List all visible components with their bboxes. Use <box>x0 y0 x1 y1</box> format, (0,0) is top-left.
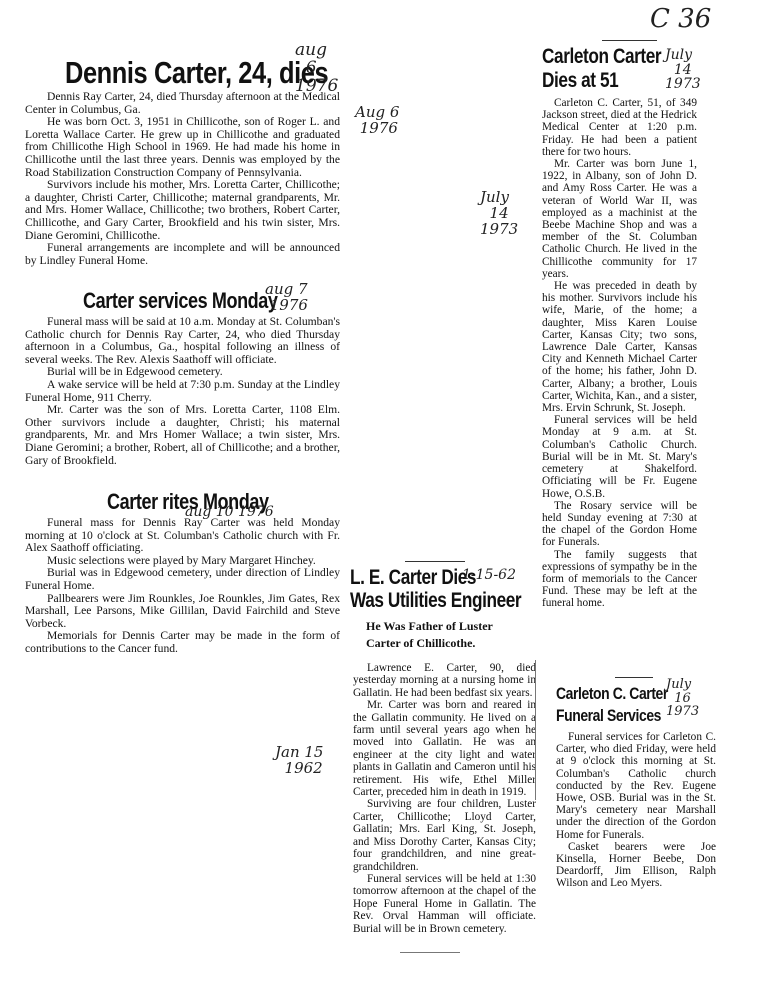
handwritten-date: aug 6 1976 <box>295 42 338 96</box>
divider <box>400 952 460 953</box>
headline-line: Carleton Carter <box>542 45 669 69</box>
paragraph: Lawrence E. Carter, 90, died yesterday m… <box>353 662 536 699</box>
headline-line: Dies at 51 <box>542 69 669 93</box>
paragraph: Carleton C. Carter, 51, of 349 Jackson s… <box>542 97 697 158</box>
article-body: Carleton C. Carter, 51, of 349 Jackson s… <box>542 97 697 610</box>
divider <box>615 677 653 678</box>
paragraph: Survivors include his mother, Mrs. Loret… <box>25 179 340 242</box>
paragraph: Funeral arrangements are incomplete and … <box>25 242 340 267</box>
headline: Carter services Monday <box>83 288 294 316</box>
article-body: Funeral services for Carleton C. Carter,… <box>556 731 716 890</box>
paragraph: The family suggests that expressions of … <box>542 549 697 610</box>
paragraph: Funeral mass for Dennis Ray Carter was h… <box>25 517 340 555</box>
paragraph: Burial was in Edgewood cemetery, under d… <box>25 567 340 592</box>
paragraph: Funeral services for Carleton C. Carter,… <box>556 731 716 841</box>
paragraph: Funeral services will be held at 1:30 to… <box>353 873 536 935</box>
paragraph: The Rosary service will be held Sunday e… <box>542 500 697 549</box>
paragraph: Funeral services will be held Monday at … <box>542 414 697 499</box>
column-rule <box>535 660 536 800</box>
clipping-dennis-carter-dies: Dennis Carter, 24, dies Dennis Ray Carte… <box>25 55 340 267</box>
clipping-carleton-carter-dies: Carleton Carter Dies at 51 Carleton C. C… <box>542 45 697 610</box>
subheadline: He Was Father of Luster Carter of Chilli… <box>350 612 536 662</box>
handwritten-date: 1-15-62 <box>462 568 516 583</box>
article-body: Dennis Ray Carter, 24, died Thursday aft… <box>25 91 340 267</box>
margin-note: Jan 15 1962 <box>275 745 323 777</box>
headline-line: Was Utilities Engineer <box>350 589 503 612</box>
divider <box>602 40 657 41</box>
handwritten-date: aug 10 1976 <box>185 505 274 520</box>
paragraph: Mr. Carter was born June 1, 1922, in Alb… <box>542 158 697 280</box>
article-body: Lawrence E. Carter, 90, died yesterday m… <box>350 662 536 935</box>
paragraph: Surviving are four children, Luster Cart… <box>353 798 536 872</box>
divider <box>405 561 465 562</box>
clipping-carter-services-monday: Carter services Monday Funeral mass will… <box>25 288 340 467</box>
article-body: Funeral mass for Dennis Ray Carter was h… <box>25 517 340 656</box>
clipping-le-carter-dies: L. E. Carter Dies Was Utilities Engineer… <box>350 566 536 935</box>
paragraph: Memorials for Dennis Carter may be made … <box>25 630 340 655</box>
clipping-carter-rites-monday: Carter rites Monday Funeral mass for Den… <box>25 489 340 656</box>
handwritten-date: July 14 1973 <box>665 48 701 92</box>
paragraph: Mr. Carter was the son of Mrs. Loretta C… <box>25 404 340 467</box>
paragraph: Funeral mass will be said at 10 a.m. Mon… <box>25 316 340 366</box>
paragraph: Casket bearers were Joe Kinsella, Horner… <box>556 841 716 890</box>
margin-note: July 14 1973 <box>480 190 518 237</box>
paragraph: Mr. Carter was born and reared in the Ga… <box>353 699 536 798</box>
paragraph: He was preceded in death by his mother. … <box>542 280 697 414</box>
margin-note: Aug 6 1976 <box>355 105 399 137</box>
paragraph: A wake service will be held at 7:30 p.m.… <box>25 379 340 404</box>
handwritten-date: July 16 1973 <box>666 678 699 719</box>
headline: Dennis Carter, 24, dies <box>65 55 291 91</box>
paragraph: Dennis Ray Carter, 24, died Thursday aft… <box>25 91 340 116</box>
paragraph: Pallbearers were Jim Rounkles, Joe Rounk… <box>25 593 340 631</box>
article-body: Funeral mass will be said at 10 a.m. Mon… <box>25 316 340 467</box>
handwritten-date: aug 7 1976 <box>265 282 308 314</box>
page-label: C 36 <box>650 6 711 33</box>
paragraph: He was born Oct. 3, 1951 in Chillicothe,… <box>25 116 340 179</box>
